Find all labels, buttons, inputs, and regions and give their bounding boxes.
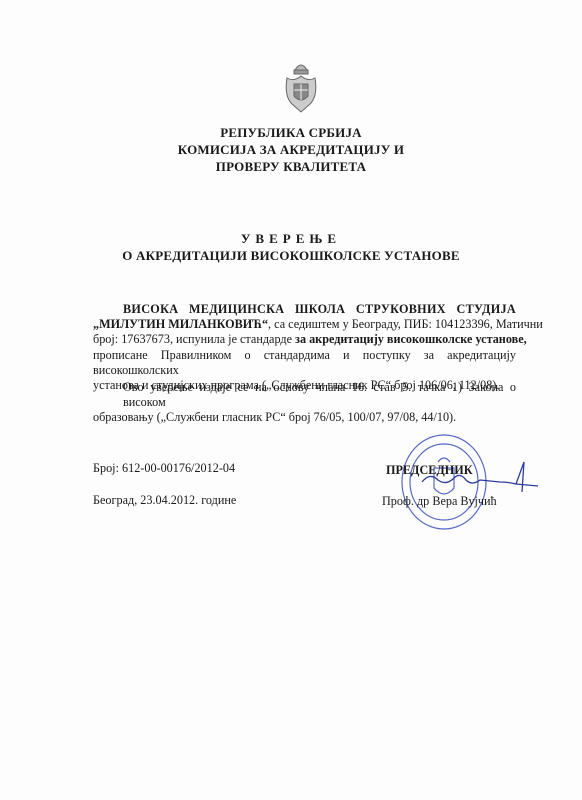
place-date: Београд, 23.04.2012. године [93, 493, 236, 508]
law-gazette-text: образовању („Службени гласник РС“ број 7… [93, 410, 516, 425]
law-text: Ово уверење издаје се на основу члана 16… [93, 380, 516, 410]
school-title: ВИСОКА МЕДИЦИНСКА ШКОЛА СТРУКОВНИХ СТУДИ… [93, 302, 516, 317]
serbia-coat-of-arms-icon [284, 56, 318, 118]
signatory-title: ПРЕДСЕДНИК [386, 463, 473, 478]
school-details: , са седиштем у Београду, ПИБ: 104123396… [268, 317, 543, 331]
accreditation-bold: за акредитацију високошколске установе, [295, 332, 527, 346]
document-number: Број: 612-00-00176/2012-04 [93, 461, 235, 476]
signatory-name: Проф. др Вера Вујчић [382, 494, 497, 509]
header-commission: КОМИСИЈА ЗА АКРЕДИТАЦИЈУ И [0, 142, 582, 158]
regulation-text: прописане Правилником о стандардима и по… [93, 348, 516, 378]
document-title: УВЕРЕЊЕ [0, 231, 582, 247]
document-subtitle: О АКРЕДИТАЦИЈИ ВИСОКОШКОЛСКЕ УСТАНОВЕ [0, 248, 582, 264]
header-quality: ПРОВЕРУ КВАЛИТЕТА [0, 159, 582, 175]
school-name: „МИЛУТИН МИЛАНКОВИЋ“ [93, 317, 268, 331]
header-republic: РЕПУБЛИКА СРБИЈА [0, 125, 582, 141]
standards-text: број: 17637673, испунила је стандарде [93, 332, 295, 346]
paragraph-legal-basis: Ово уверење издаје се на основу члана 16… [93, 380, 516, 426]
